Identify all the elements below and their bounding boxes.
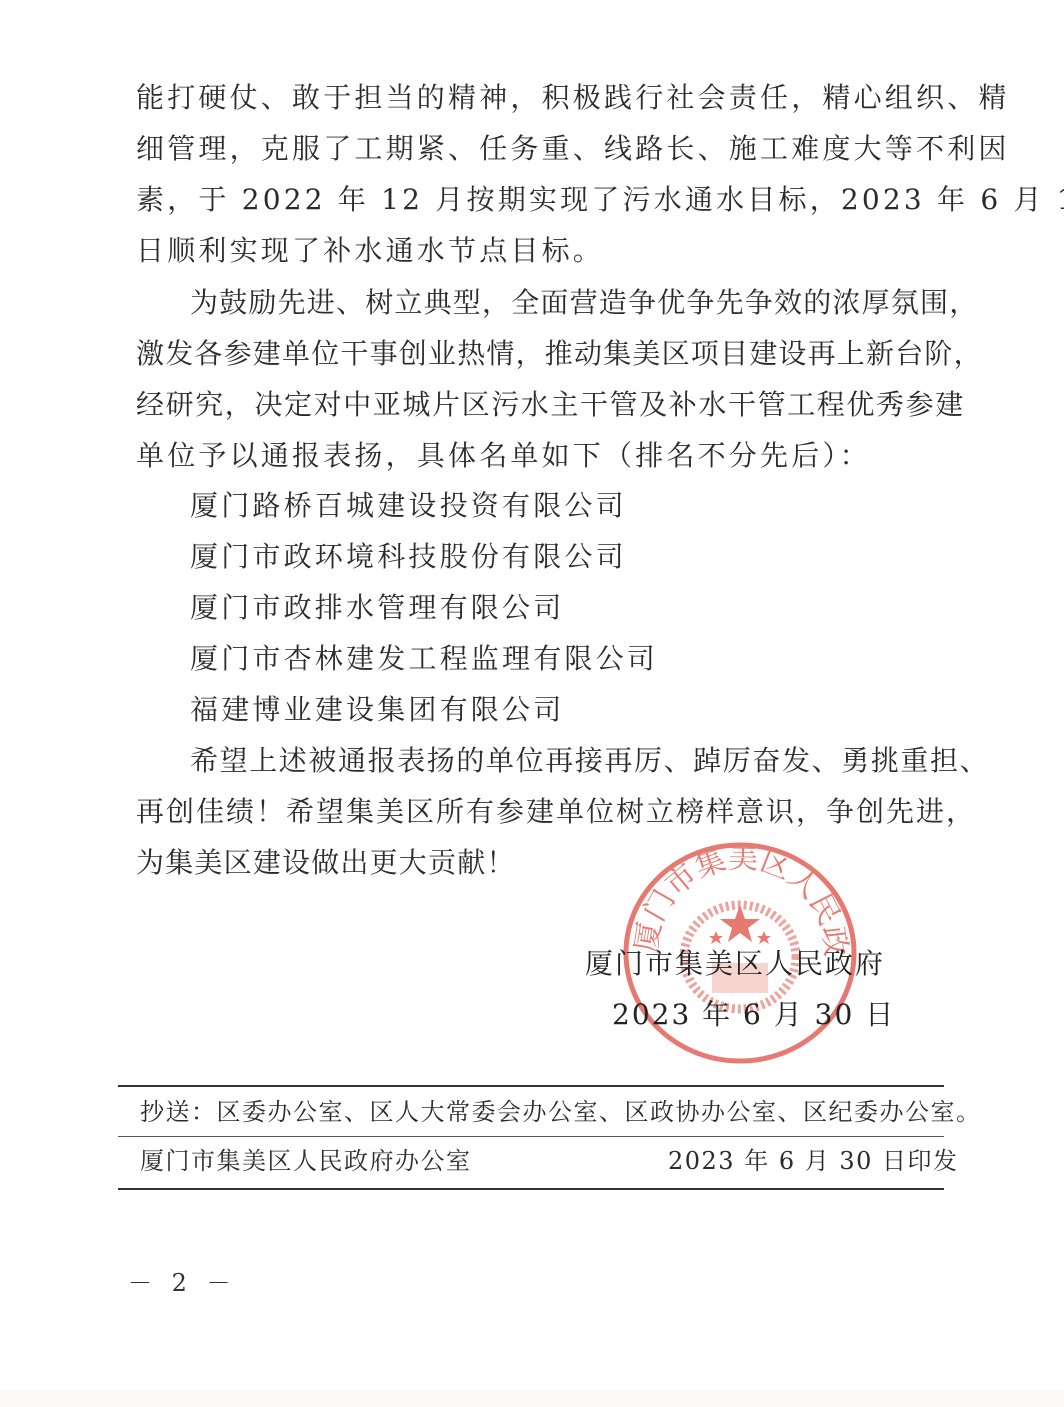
body-line: 日顺利实现了补水通水节点目标。	[136, 233, 604, 269]
body-line: 再创佳绩！希望集美区所有参建单位树立榜样意识，争创先进，	[136, 794, 976, 830]
footer-rule-top	[118, 1085, 944, 1087]
company-item: 厦门市政排水管理有限公司	[190, 590, 564, 626]
svg-text:厦门市集美区人民政府: 厦门市集美区人民政府	[618, 835, 853, 958]
body-line: 能打硬仗、敢于担当的精神，积极践行社会责任，精心组织、精	[136, 80, 1010, 116]
company-item: 福建博业建设集团有限公司	[190, 692, 564, 728]
issue-date: 2023 年 6 月 30 日	[612, 997, 895, 1033]
footer-rule-middle	[118, 1136, 944, 1137]
company-item: 厦门路桥百城建设投资有限公司	[190, 488, 627, 524]
body-line: 激发各参建单位干事创业热情，推动集美区项目建设再上新台阶，	[136, 336, 983, 372]
company-item: 厦门市政环境科技股份有限公司	[190, 539, 627, 575]
print-date: 2023 年 6 月 30 日印发	[668, 1146, 959, 1176]
issuer-name: 厦门市集美区人民政府	[585, 946, 885, 982]
body-line: 单位予以通报表扬，具体名单如下（排名不分先后）：	[136, 438, 871, 474]
issuing-office: 厦门市集美区人民政府办公室	[140, 1146, 472, 1176]
company-item: 厦门市杏林建发工程监理有限公司	[190, 641, 658, 677]
body-line: 素，于 2022 年 12 月按期实现了污水通水目标，2023 年 6 月 15	[136, 182, 1064, 218]
body-line: 为集美区建设做出更大贡献！	[136, 845, 516, 881]
body-line: 细管理，克服了工期紧、任务重、线路长、施工难度大等不利因	[136, 131, 1010, 167]
body-line: 为鼓励先进、树立典型，全面营造争优争先争效的浓厚氛围，	[190, 285, 978, 321]
cc-list: 抄送：区委办公室、区人大常委会办公室、区政协办公室、区纪委办公室。	[140, 1097, 982, 1127]
page-number: － 2 －	[128, 1268, 237, 1298]
body-line: 经研究，决定对中亚城片区污水主干管及补水干管工程优秀参建	[136, 387, 965, 423]
footer-rule-bottom	[118, 1188, 944, 1190]
body-line: 希望上述被通报表扬的单位再接再厉、踔厉奋发、勇挑重担、	[190, 743, 989, 779]
page-edge	[0, 1390, 1064, 1407]
document-page: 能打硬仗、敢于担当的精神，积极践行社会责任，精心组织、精 细管理，克服了工期紧、…	[0, 0, 1064, 1407]
